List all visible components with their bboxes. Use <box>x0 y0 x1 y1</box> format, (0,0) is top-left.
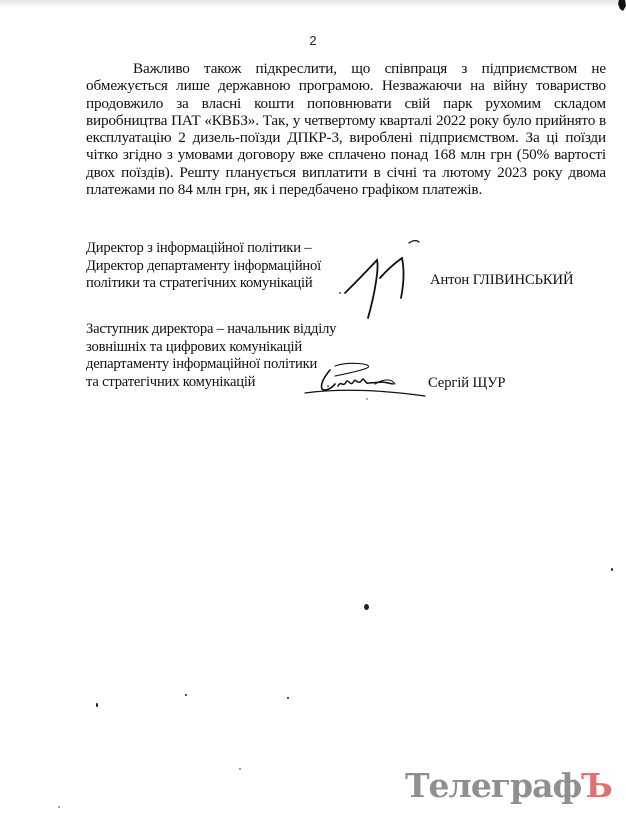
signatory-2-name: Сергій ЩУР <box>428 375 505 392</box>
scan-top-shade <box>0 0 626 8</box>
scan-speck <box>611 568 613 571</box>
signatory-1-title-line: Директор департаменту інформаційної <box>86 258 321 276</box>
watermark-accent-letter: Ъ <box>581 766 612 805</box>
watermark-text: Телеграф <box>405 766 581 805</box>
signatory-2-title: Заступник директора – начальник відділу … <box>86 321 336 391</box>
scan-speck <box>287 697 289 699</box>
page-number: 2 <box>0 33 626 48</box>
signature-2-icon <box>305 362 430 402</box>
signatory-1-name: Антон ГЛІВИНСЬКИЙ <box>430 272 573 289</box>
signatory-2-title-line: зовнішніх та цифрових комунікацій <box>86 339 336 357</box>
signatory-2-title-line: та стратегічних комунікацій <box>86 374 336 392</box>
signature-1-icon <box>335 238 425 323</box>
scan-speck <box>239 768 241 770</box>
telegraf-watermark-logo: ТелеграфЪ <box>405 766 612 805</box>
scan-corner-mark <box>616 0 626 12</box>
scan-speck <box>364 604 369 610</box>
signatory-2-title-line: департаменту інформаційної політики <box>86 356 336 374</box>
signatory-1-title-line: політики та стратегічних комунікацій <box>86 275 321 293</box>
scan-speck <box>96 703 98 707</box>
scan-speck <box>185 694 187 696</box>
scan-speck <box>58 806 60 808</box>
body-paragraph: Важливо також підкреслити, що співпраця … <box>86 60 606 198</box>
signatory-1-title-line: Директор з інформаційної політики – <box>86 240 321 258</box>
signatory-2-title-line: Заступник директора – начальник відділу <box>86 321 336 339</box>
signatory-1-title: Директор з інформаційної політики – Дире… <box>86 240 321 293</box>
